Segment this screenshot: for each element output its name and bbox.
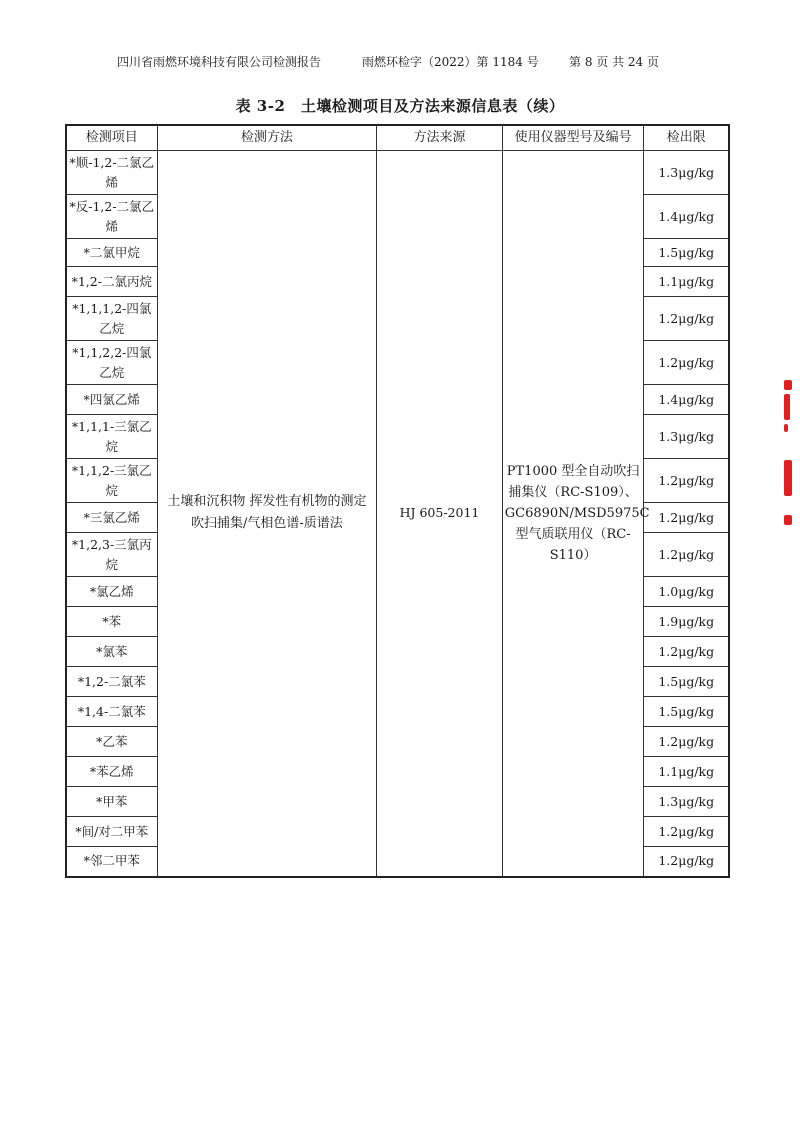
item-cell: *顺-1,2-二氯乙烯 [66,151,157,195]
item-cell: *氯苯 [66,637,157,667]
table-row: *顺-1,2-二氯乙烯土壤和沉积物 挥发性有机物的测定 吹扫捕集/气相色谱-质谱… [66,151,729,195]
item-cell: *甲苯 [66,787,157,817]
item-cell: *四氯乙烯 [66,385,157,415]
col-header-limit: 检出限 [644,125,729,151]
item-cell: *1,1,1,2-四氯乙烷 [66,297,157,341]
page-header: 四川省雨燃环境科技有限公司检测报告 雨燃环检字（2022）第 1184 号 第 … [0,53,800,73]
method-cell: 土壤和沉积物 挥发性有机物的测定 吹扫捕集/气相色谱-质谱法 [157,151,377,877]
report-number: 雨燃环检字（2022）第 1184 号 [362,53,539,70]
instrument-cell: PT1000 型全自动吹扫捕集仪（RC-S109）、GC6890N/MSD597… [502,151,644,877]
page-indicator: 第 8 页 共 24 页 [569,53,659,70]
table-header-row: 检测项目 检测方法 方法来源 使用仪器型号及编号 检出限 [66,125,729,151]
limit-cell: 1.2μg/kg [644,533,729,577]
limit-cell: 1.0μg/kg [644,577,729,607]
limit-cell: 1.5μg/kg [644,667,729,697]
limit-cell: 1.2μg/kg [644,847,729,877]
limit-cell: 1.3μg/kg [644,787,729,817]
limit-cell: 1.2μg/kg [644,459,729,503]
item-cell: *氯乙烯 [66,577,157,607]
limit-cell: 1.2μg/kg [644,637,729,667]
item-cell: *1,2,3-三氯丙烷 [66,533,157,577]
col-header-source: 方法来源 [377,125,503,151]
limit-cell: 1.4μg/kg [644,195,729,239]
item-cell: *三氯乙烯 [66,503,157,533]
item-cell: *1,4-二氯苯 [66,697,157,727]
col-header-item: 检测项目 [66,125,157,151]
limit-cell: 1.9μg/kg [644,607,729,637]
item-cell: *二氯甲烷 [66,239,157,267]
item-cell: *间/对二甲苯 [66,817,157,847]
limit-cell: 1.1μg/kg [644,757,729,787]
detection-items-table: 检测项目 检测方法 方法来源 使用仪器型号及编号 检出限 *顺-1,2-二氯乙烯… [65,124,730,878]
col-header-method: 检测方法 [157,125,377,151]
item-cell: *邻二甲苯 [66,847,157,877]
item-cell: *反-1,2-二氯乙烯 [66,195,157,239]
limit-cell: 1.2μg/kg [644,727,729,757]
limit-cell: 1.3μg/kg [644,151,729,195]
item-cell: *1,1,2-三氯乙烷 [66,459,157,503]
item-cell: *1,1,2,2-四氯乙烷 [66,341,157,385]
item-cell: *苯 [66,607,157,637]
limit-cell: 1.2μg/kg [644,503,729,533]
col-header-instrument: 使用仪器型号及编号 [502,125,644,151]
company-report-label: 四川省雨燃环境科技有限公司检测报告 [117,53,321,70]
item-cell: *1,2-二氯丙烷 [66,267,157,297]
limit-cell: 1.5μg/kg [644,697,729,727]
item-cell: *1,1,1-三氯乙烷 [66,415,157,459]
table-title: 表 3-2 土壤检测项目及方法来源信息表（续） [0,95,800,116]
limit-cell: 1.2μg/kg [644,297,729,341]
limit-cell: 1.2μg/kg [644,817,729,847]
source-cell: HJ 605-2011 [377,151,503,877]
seal-stamp-edge [780,380,794,530]
limit-cell: 1.5μg/kg [644,239,729,267]
limit-cell: 1.3μg/kg [644,415,729,459]
limit-cell: 1.4μg/kg [644,385,729,415]
item-cell: *苯乙烯 [66,757,157,787]
limit-cell: 1.1μg/kg [644,267,729,297]
item-cell: *1,2-二氯苯 [66,667,157,697]
item-cell: *乙苯 [66,727,157,757]
limit-cell: 1.2μg/kg [644,341,729,385]
